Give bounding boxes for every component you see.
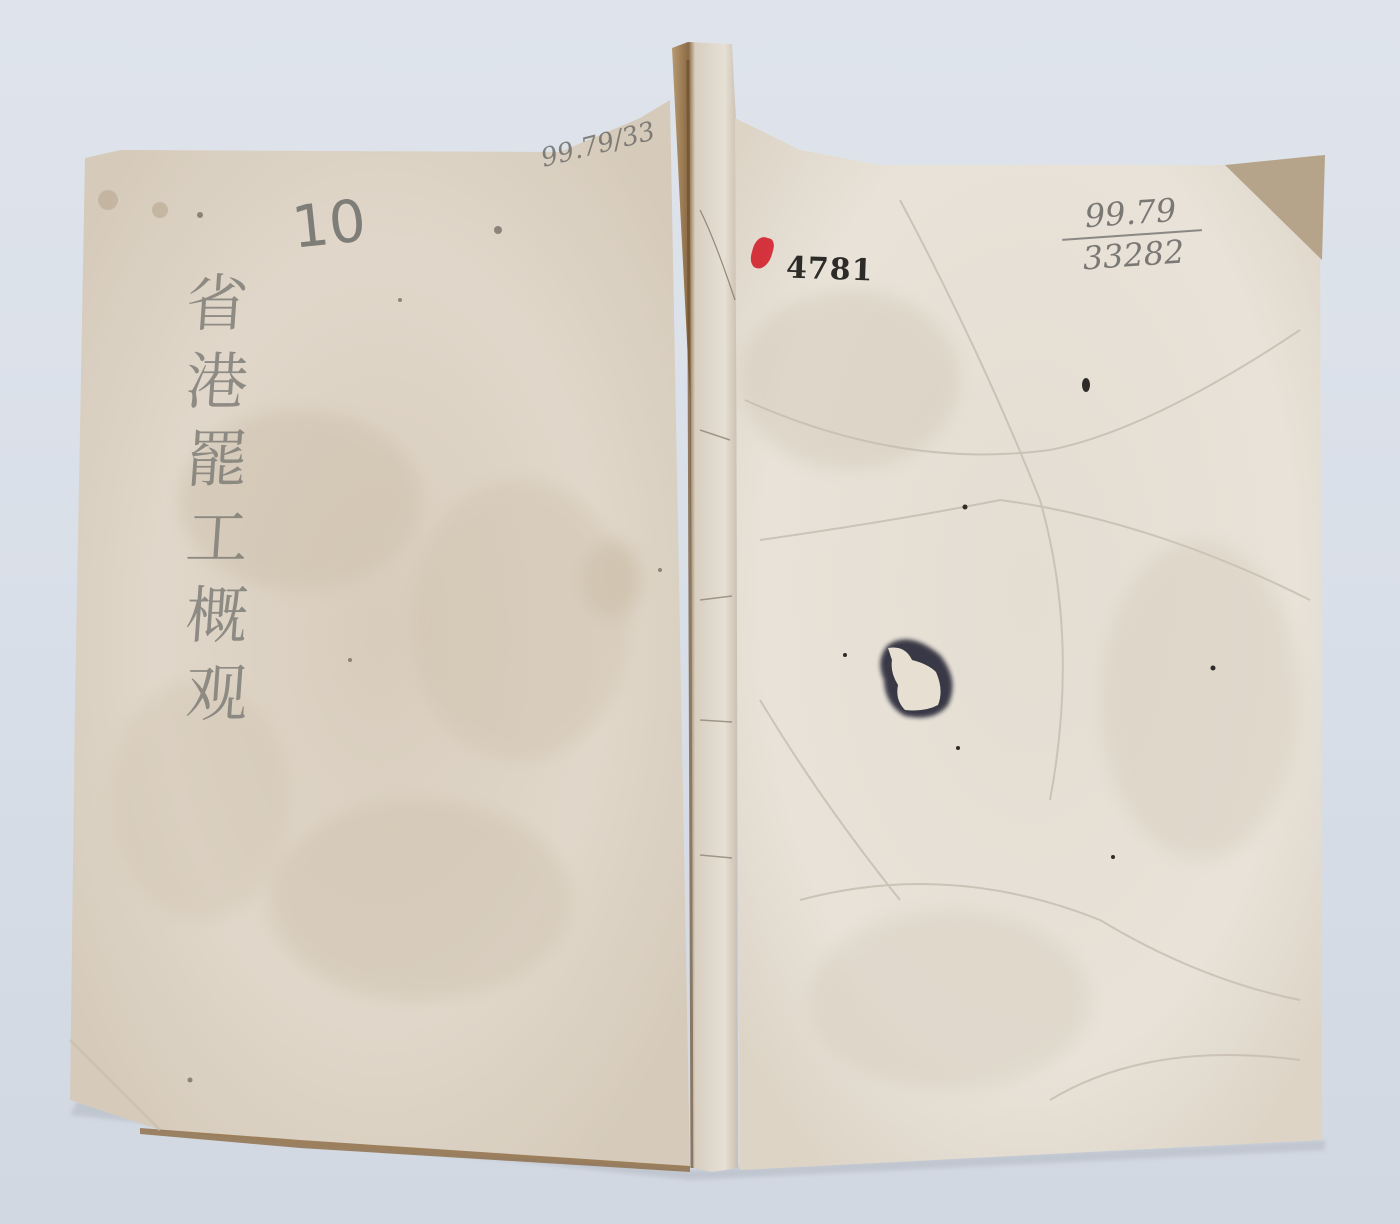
handwritten-title: 省 港 罷 工 概 观 (172, 272, 262, 726)
title-char: 工 (184, 506, 250, 570)
title-char: 港 (184, 350, 250, 414)
catalog-fraction: 99.79 33282 (1060, 191, 1205, 277)
photo-scene: 10 99.79/33 省 港 罷 工 概 观 4781 99.79 33282 (0, 0, 1400, 1224)
fraction-denominator: 33282 (1062, 233, 1204, 277)
title-char: 罷 (184, 428, 250, 492)
stamped-number: 4781 (785, 250, 874, 288)
title-char: 概 (184, 584, 250, 648)
pencil-number-10: 10 (289, 186, 370, 261)
title-char: 观 (184, 662, 250, 726)
title-char: 省 (184, 272, 250, 336)
